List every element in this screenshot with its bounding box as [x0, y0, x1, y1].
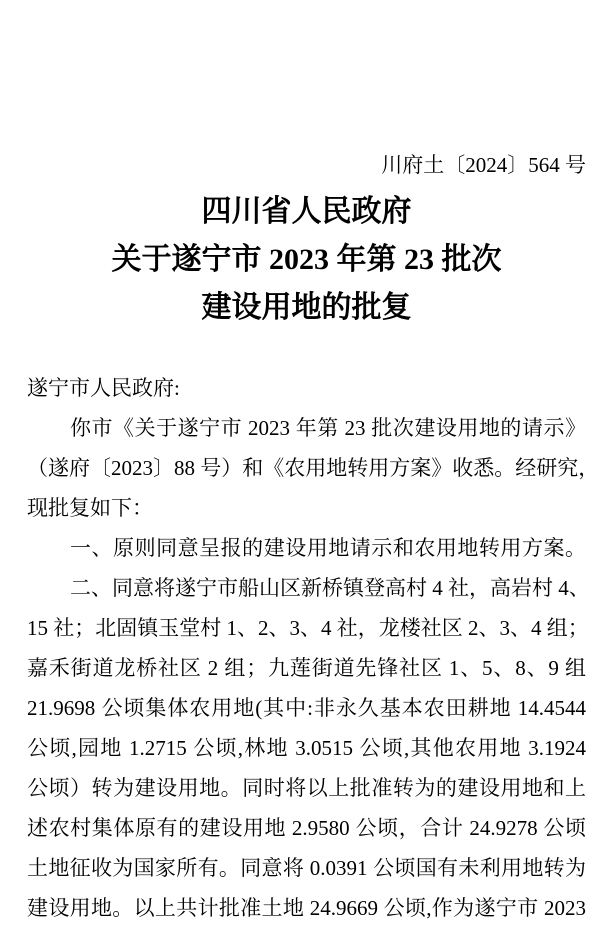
body-line: 现批复如下： — [27, 488, 586, 528]
body-line: （遂府〔2023〕88 号）和《农用地转用方案》收悉。经研究， — [27, 448, 586, 488]
doc-body: 遂宁市人民政府: 你市《关于遂宁市 2023 年第 23 批次建设用地的请示》 … — [27, 368, 586, 925]
doc-title: 四川省人民政府 关于遂宁市 2023 年第 23 批次 建设用地的批复 — [27, 188, 586, 332]
doc-title-line-1: 四川省人民政府 — [27, 188, 586, 236]
doc-title-line-2: 关于遂宁市 2023 年第 23 批次 — [27, 236, 586, 284]
body-line: 21.9698 公顷集体农用地(其中:非永久基本农田耕地 14.4544 — [27, 688, 586, 728]
body-line: 一、原则同意呈报的建设用地请示和农用地转用方案。 — [27, 528, 586, 568]
body-line: 土地征收为国家所有。同意将 0.0391 公顷国有未利用地转为 — [27, 848, 586, 888]
body-line: 你市《关于遂宁市 2023 年第 23 批次建设用地的请示》 — [27, 408, 586, 448]
salutation: 遂宁市人民政府: — [27, 368, 586, 408]
body-line: 嘉禾街道龙桥社区 2 组；九莲街道先锋社区 1、5、8、9 组 — [27, 648, 586, 688]
body-line: 述农村集体原有的建设用地 2.9580 公顷，合计 24.9278 公顷 — [27, 808, 586, 848]
doc-title-line-3: 建设用地的批复 — [27, 284, 586, 332]
body-line: 15 社；北固镇玉堂村 1、2、3、4 社，龙楼社区 2、3、4 组； — [27, 608, 586, 648]
body-line: 建设用地。以上共计批准土地 24.9669 公顷,作为遂宁市 2023 — [27, 888, 586, 925]
doc-number: 川府土〔2024〕564 号 — [27, 150, 586, 180]
body-line: 公顷,园地 1.2715 公顷,林地 3.0515 公顷,其他农用地 3.192… — [27, 728, 586, 768]
document-page: 川府土〔2024〕564 号 四川省人民政府 关于遂宁市 2023 年第 23 … — [0, 0, 613, 925]
body-line: 二、同意将遂宁市船山区新桥镇登高村 4 社，高岩村 4、 — [27, 568, 586, 608]
body-line: 公顷）转为建设用地。同时将以上批准转为的建设用地和上 — [27, 768, 586, 808]
